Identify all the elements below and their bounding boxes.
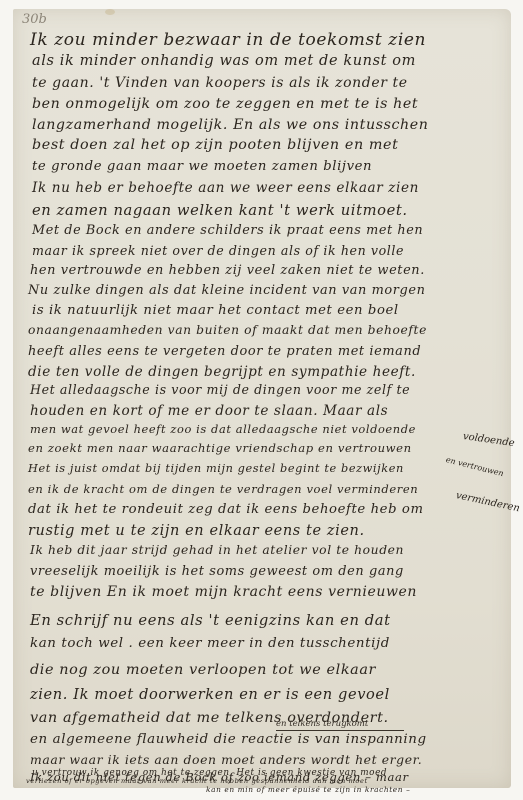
letter-line: die ten volle de dingen begrijpt en symp… (28, 364, 416, 380)
letter-line: best doen zal het op zijn pooten blijven… (32, 137, 398, 153)
letter-line: als ik minder onhandig was om met de kun… (32, 53, 416, 69)
letter-line: die nog zou moeten verloopen tot we elka… (30, 662, 376, 678)
letter-line: Het is juist omdat bij tijden mijn geste… (28, 462, 404, 475)
letter-line: vreeselijk moeilijk is het soms geweest … (30, 564, 404, 579)
interlinear-insertion: en telkens terugkomt (276, 719, 368, 729)
letter-line: Het alledaagsche is voor mij de dingen v… (30, 382, 410, 397)
letter-line: verliezen of er opgeven maar van meer kr… (26, 777, 368, 785)
letter-line: En schrijf nu eens als 't eenigzins kan … (30, 612, 391, 629)
insertion-underline (276, 730, 404, 731)
letter-line: ben onmogelijk om zoo te zeggen en met t… (32, 96, 418, 112)
letter-line: Met de Bock en andere schilders ik praat… (32, 223, 423, 238)
letter-line: dat ik het te rondeuit zeg dat ik eens b… (28, 502, 424, 517)
letter-line: maar waar ik iets aan doen moet anders w… (30, 752, 422, 767)
paper-stain (105, 9, 115, 15)
letter-line: rustig met u te zijn en elkaar eens te z… (28, 523, 365, 539)
letter-line: Ik nu heb er behoefte aan we weer eens e… (32, 180, 419, 196)
letter-line: is ik natuurlijk niet maar het contact m… (32, 303, 399, 318)
letter-line: men wat gevoel heeft zoo is dat alledaag… (30, 422, 416, 436)
page-number: 30b (22, 12, 47, 27)
letter-line: Nu zulke dingen als dat kleine incident … (28, 283, 426, 298)
letter-line: houden en kort of me er door te slaan. M… (30, 403, 388, 419)
letter-line: en zamen nagaan welken kant 't werk uitm… (32, 202, 408, 219)
letter-line: hen vertrouwde en hebben zij veel zaken … (30, 263, 425, 278)
letter-line: langzamerhand mogelijk. En als we ons in… (32, 117, 428, 133)
letter-line: te gronde gaan maar we moeten zamen blij… (32, 159, 372, 174)
letter-line: te gaan. 't Vinden van koopers is als ik… (32, 75, 408, 91)
letter-line: maar ik spreek niet over de dingen als o… (32, 243, 404, 258)
letter-line: onaangenaamheden van buiten of maakt dat… (28, 323, 427, 337)
letter-line: en algemeene flauwheid die reactie is va… (30, 732, 427, 747)
letter-line: heeft alles eens te vergeten door te pra… (28, 344, 421, 359)
letter-line: kan toch wel . een keer meer in den tuss… (30, 636, 390, 651)
letter-line: zien. Ik moet doorwerken en er is een ge… (30, 686, 390, 703)
letter-line: Ik heb dit jaar strijd gehad in het atel… (30, 543, 404, 557)
letter-line: en ik de kracht om de dingen te verdrage… (28, 482, 418, 496)
letter-line: kan en min of meer épuisé te zijn in kra… (206, 785, 410, 794)
letter-line: te blijven En ik moet mijn kracht eens v… (30, 584, 417, 600)
letter-line: en zoekt men naar waarachtige vriendscha… (28, 441, 412, 455)
letter-line: Ik zou minder bezwaar in de toekomst zie… (30, 30, 426, 50)
